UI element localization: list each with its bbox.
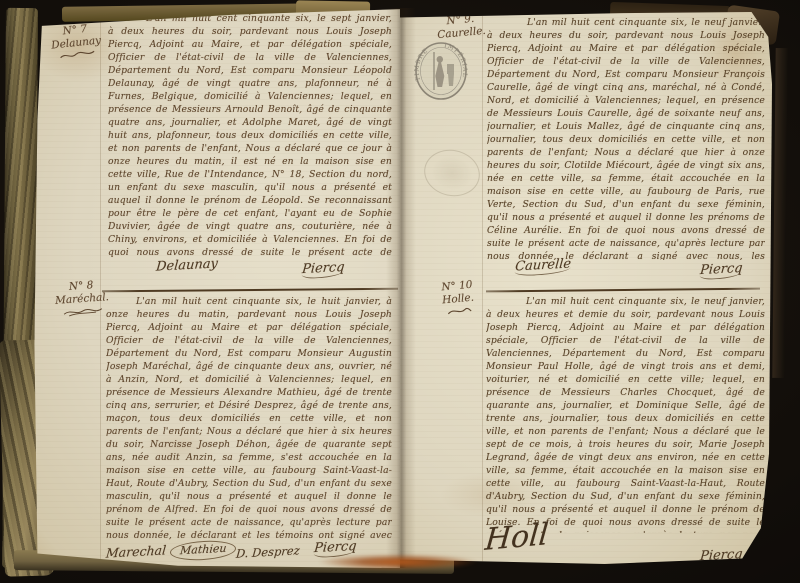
entry-number: N° 8 bbox=[69, 279, 94, 293]
entry-number: N° 9. bbox=[446, 13, 475, 27]
entry-surname: Holle. bbox=[442, 292, 475, 307]
signature-marechal: Marechal bbox=[105, 542, 166, 560]
act-entry-9-text: L'an mil huit cent cinquante six, le neu… bbox=[487, 16, 765, 260]
left-page: N° 7 Delaunay L'an mil huit cent cinquan… bbox=[30, 8, 400, 568]
paraph-flourish-icon bbox=[59, 49, 96, 61]
cover-edge-right bbox=[772, 48, 787, 378]
burn-stain-bottom bbox=[318, 554, 478, 570]
paraph-flourish-icon bbox=[63, 306, 104, 318]
signature-desprez: D. Desprez bbox=[235, 543, 300, 560]
entry-separator bbox=[486, 288, 760, 293]
signature-caurelle: Caurelle bbox=[514, 256, 571, 276]
entry-separator bbox=[102, 288, 398, 293]
timbre-imperial-stamp-icon: TIMBRE IMPÉRIAL bbox=[414, 40, 468, 102]
paraph-flourish-icon bbox=[446, 306, 473, 317]
act-entry-7-text: L'an mil huit cent cinquante six, le sep… bbox=[108, 12, 392, 260]
margin-note-entry-7: N° 7 Delaunay bbox=[38, 20, 113, 62]
signature-holl: Holl bbox=[484, 517, 550, 558]
ghost-stamp-impression bbox=[420, 145, 484, 202]
act-entry-10-text: L'an mil huit cent cinquante six, le neu… bbox=[486, 295, 765, 533]
entry-surname: Maréchal. bbox=[55, 291, 110, 307]
signature-piercq: Piercq bbox=[699, 261, 743, 280]
signature-piercq: Piercq bbox=[699, 547, 743, 566]
signature-piercq: Piercq bbox=[301, 260, 345, 279]
right-page: N° 9. Caurelle. TIMBRE IMPÉRIAL L'an mil… bbox=[400, 12, 772, 564]
register-photo: N° 7 Delaunay L'an mil huit cent cinquan… bbox=[0, 0, 800, 583]
act-entry-8-text: L'an mil huit cent cinquante six, le hui… bbox=[106, 295, 392, 541]
signature-mathieu: Mathieu bbox=[169, 539, 237, 562]
signature-delaunay: Delaunay bbox=[155, 256, 218, 274]
entry-surname: Caurelle. bbox=[437, 25, 486, 41]
